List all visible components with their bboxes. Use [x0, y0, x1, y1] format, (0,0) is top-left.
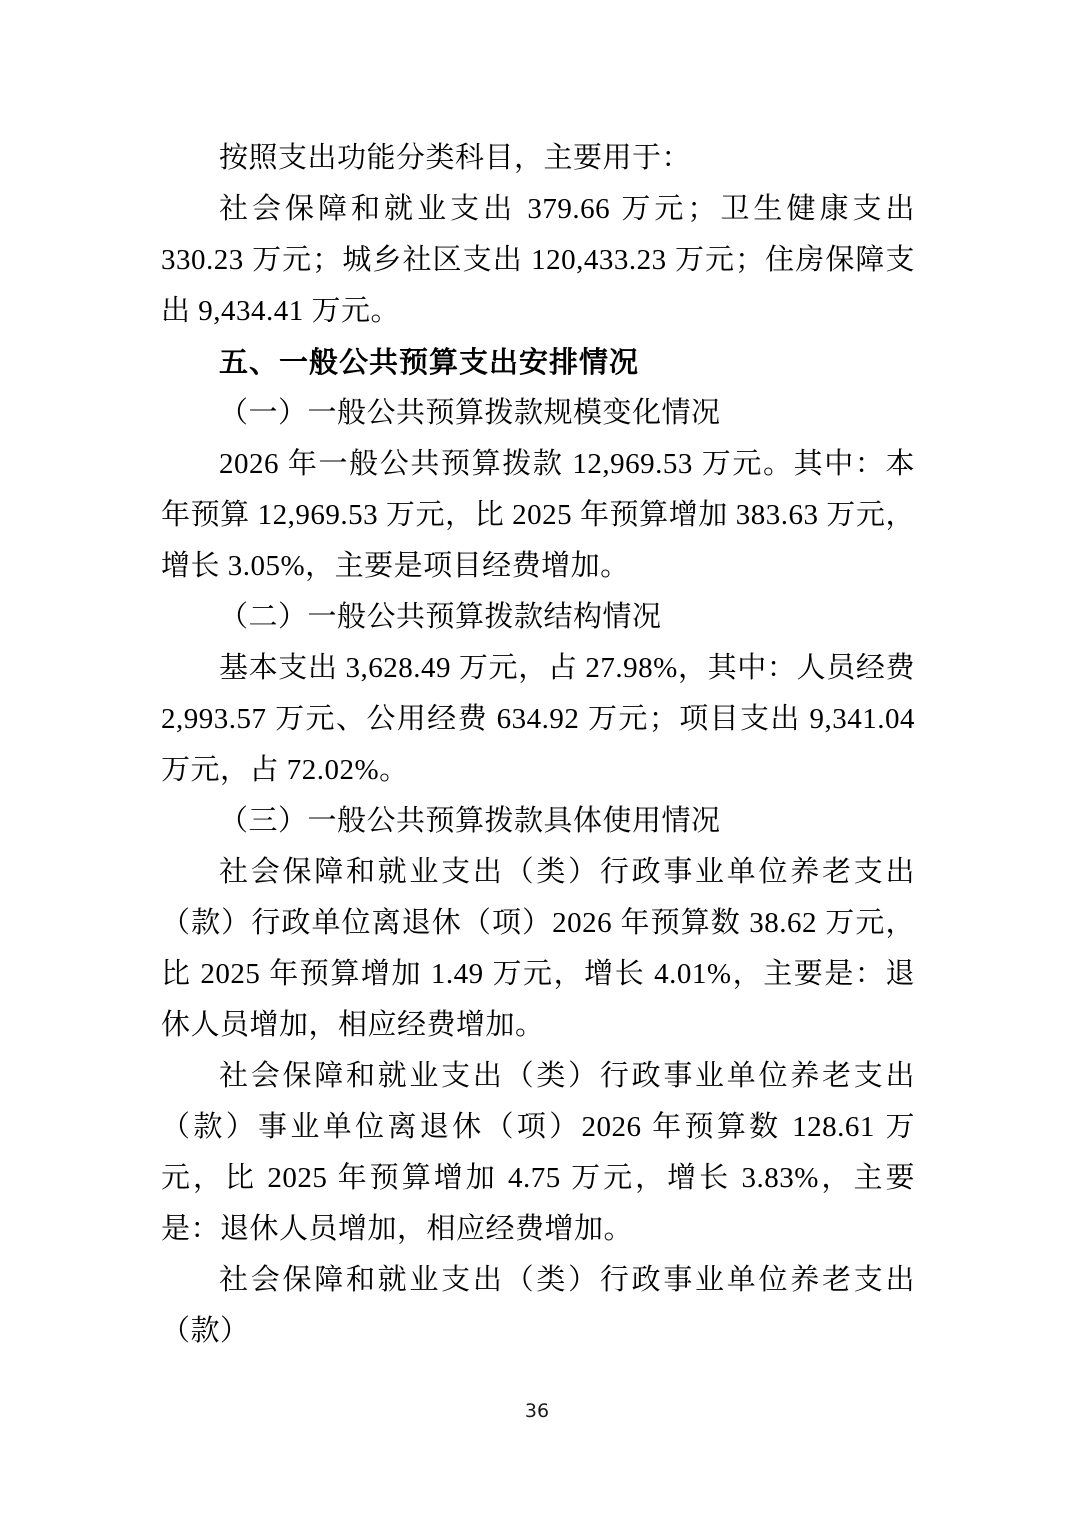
sub-section-heading: （一）一般公共预算拨款规模变化情况 — [161, 388, 915, 439]
page-footer: 36 — [0, 1400, 1074, 1422]
body-paragraph: 按照支出功能分类科目，主要用于： — [161, 133, 915, 184]
body-paragraph: 社会保障和就业支出（类）行政事业单位养老支出（款） — [161, 1255, 915, 1357]
page-number: 36 — [525, 1400, 549, 1422]
body-paragraph: 社会保障和就业支出（类）行政事业单位养老支出（款）事业单位离退休（项）2026 … — [161, 1051, 915, 1255]
document-page: 按照支出功能分类科目，主要用于：社会保障和就业支出 379.66 万元；卫生健康… — [0, 0, 1074, 1520]
body-paragraph: 社会保障和就业支出 379.66 万元；卫生健康支出 330.23 万元；城乡社… — [161, 184, 915, 337]
document-content: 按照支出功能分类科目，主要用于：社会保障和就业支出 379.66 万元；卫生健康… — [161, 133, 915, 1357]
body-paragraph: 2026 年一般公共预算拨款 12,969.53 万元。其中：本年预算 12,9… — [161, 439, 915, 592]
body-paragraph: 基本支出 3,628.49 万元，占 27.98%，其中：人员经费 2,993.… — [161, 643, 915, 796]
sub-section-heading: （三）一般公共预算拨款具体使用情况 — [161, 796, 915, 847]
section-heading: 五、一般公共预算支出安排情况 — [161, 337, 915, 388]
sub-section-heading: （二）一般公共预算拨款结构情况 — [161, 592, 915, 643]
body-paragraph: 社会保障和就业支出（类）行政事业单位养老支出（款）行政单位离退休（项）2026 … — [161, 847, 915, 1051]
